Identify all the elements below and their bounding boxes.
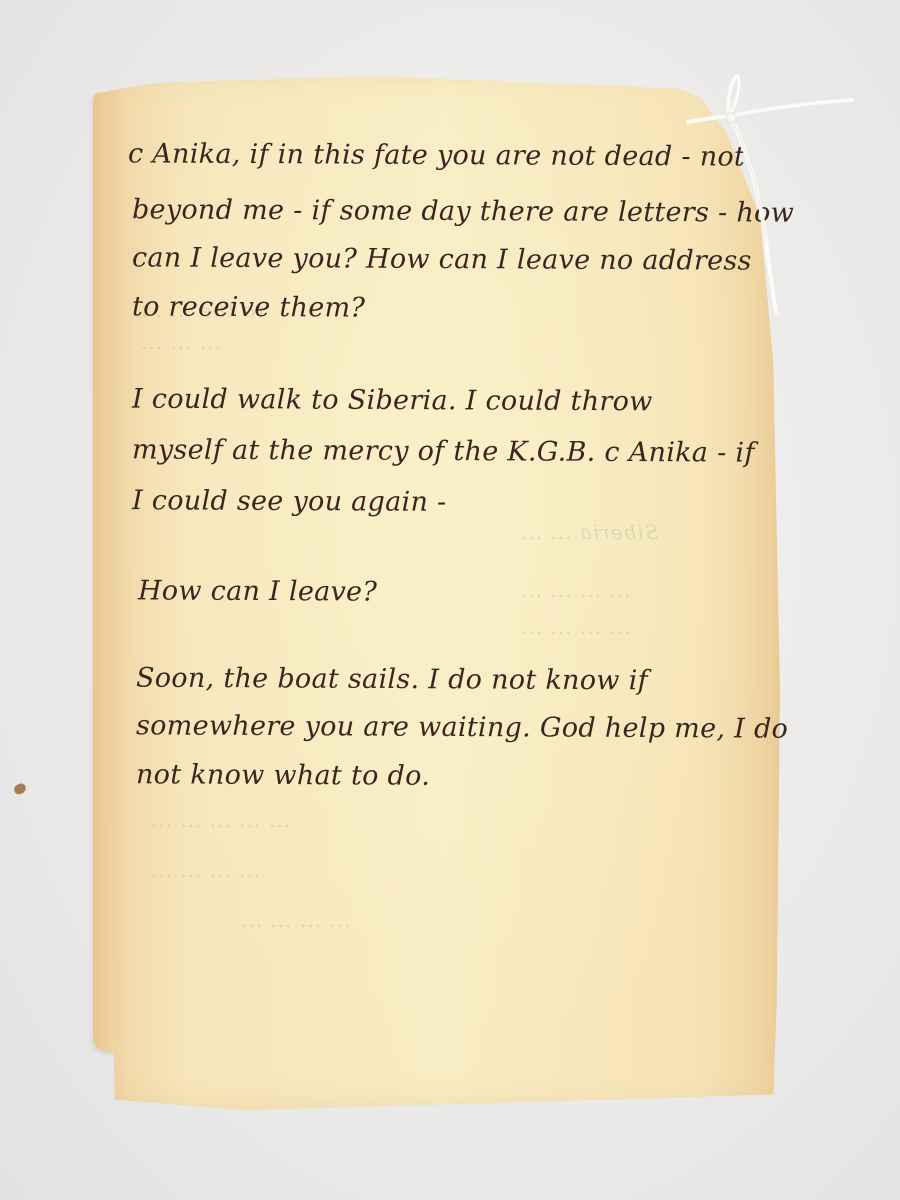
letter-line: myself at the mercy of the K.G.B. c Anik… [132,434,755,468]
show-through-text: ... ... ... ... [240,908,350,932]
letter-line: beyond me - if some day there are letter… [132,194,794,228]
backdrop-stain [13,782,28,796]
letter-line: to receive them? [132,291,365,323]
show-through-text: ... ... ... [140,330,221,354]
letter-line: How can I leave? [138,575,377,607]
show-through-text: ... ... ... ... [520,578,630,602]
letter-line: can I leave you? How can I leave no addr… [132,242,752,276]
letter-line: I could walk to Siberia. I could throw [132,384,653,418]
show-through-text: ... ... ... ... ... [150,808,290,832]
show-through-text: ... ... ... ... [150,858,260,882]
letter-line: c Anika, if in this fate you are not dea… [128,138,745,172]
show-through-text: Siberia ... ... [520,520,658,544]
show-through-text: ... ... ... ... [520,615,630,639]
letter-line: I could see you again - [132,485,447,518]
letter-line: Soon, the boat sails. I do not know if [136,663,648,697]
letter-line: somewhere you are waiting. God help me, … [136,710,788,744]
letter-line: not know what to do. [136,759,430,792]
